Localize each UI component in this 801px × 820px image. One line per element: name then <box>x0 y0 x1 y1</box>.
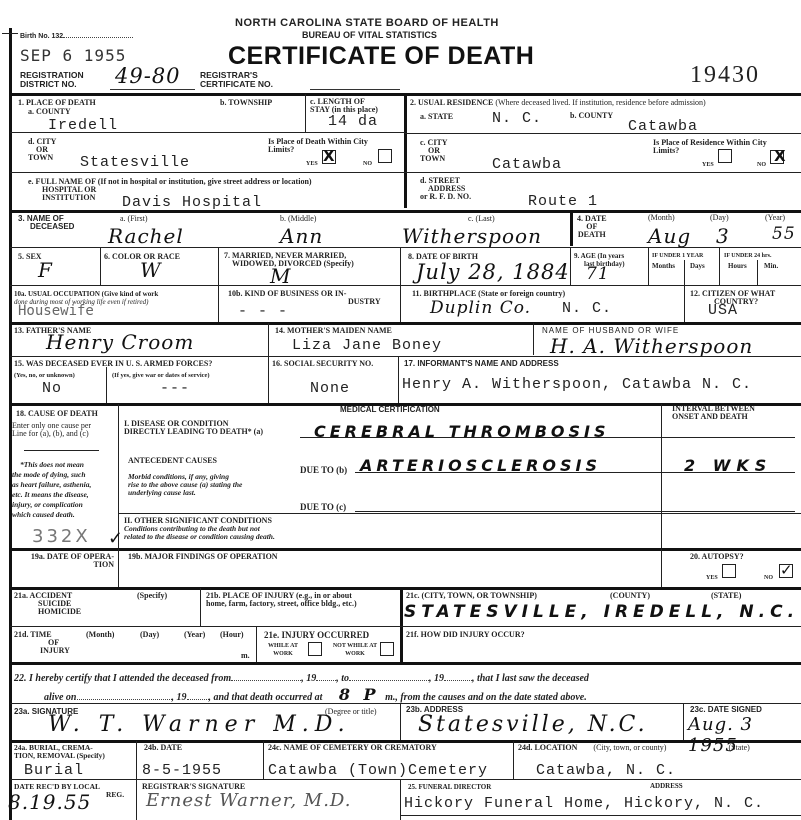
cause-a-rule <box>300 437 795 438</box>
registration-district-label: REGISTRATION DISTRICT NO. <box>20 71 115 89</box>
birthplace-hand-value: Duplin Co. <box>430 298 531 318</box>
city-label-line3: TOWN <box>28 154 56 162</box>
date-received-value: 8.19.55 <box>8 790 91 814</box>
rule-10a <box>10 626 801 627</box>
age-line1: 9. AGE (In years <box>574 252 625 260</box>
death-limits-label: Is Place of Death Within City Limits? <box>268 138 368 154</box>
time-m-label: m. <box>241 652 250 660</box>
mother-label: 14. MOTHER'S MAIDEN NAME <box>275 327 392 335</box>
injury-occurred-label: 21e. INJURY OCCURRED <box>264 631 369 639</box>
x-mark-icon: X <box>774 147 786 165</box>
death-limits-yes-checkbox[interactable]: X <box>322 150 336 164</box>
op-date-line2: TION <box>14 561 114 569</box>
county-label: a. COUNTY <box>28 108 71 116</box>
street-value: Route 1 <box>528 193 598 210</box>
rule-section3 <box>10 210 801 213</box>
usual-residence-note: (Where deceased lived. If institution, r… <box>495 98 705 107</box>
certify-line-1: 22. I hereby certify that I attended the… <box>14 673 589 685</box>
middle-name-label: b. (Middle) <box>280 215 316 223</box>
stay-label: c. LENGTH OF STAY (in this place) <box>310 98 378 114</box>
hours-label: Hours <box>728 262 747 270</box>
div-ssn-informant <box>398 357 399 403</box>
city-label: d. CITY OR TOWN <box>28 138 56 162</box>
cause-sidebar-rule <box>24 450 99 451</box>
rule-9 <box>10 587 801 590</box>
div-birthplace-citizen <box>684 286 685 322</box>
certificate-number: 19430 <box>690 62 760 89</box>
time-hour-label: (Hour) <box>220 631 244 639</box>
div-father-mother <box>268 323 269 403</box>
first-name-label: a. (First) <box>120 215 148 223</box>
cause-note-line1: *This does not mean <box>12 460 91 470</box>
div-cemetery-location <box>513 741 514 779</box>
street-label: d. STREET ADDRESS or R. F. D. NO. <box>420 177 471 201</box>
cause-a-value: CEREBRAL THROMBOSIS <box>314 422 610 441</box>
date-of-death-label: 4. DATE OF DEATH <box>577 215 607 239</box>
morbid-line3: underlying cause last. <box>128 489 242 497</box>
div-mother-spouse <box>533 323 534 355</box>
accident-line3: HOMICIDE <box>14 608 81 616</box>
cause-note-line4: etc. It means the disease, <box>12 490 91 500</box>
res-limits-yes-label: YES <box>702 161 714 169</box>
registrar-signature-value: Ernest Warner, M.D. <box>146 790 351 811</box>
autopsy-no-checkbox[interactable]: ✓ <box>779 564 793 578</box>
certify-text-b: , 19 <box>301 673 316 684</box>
rule-4 <box>10 285 801 286</box>
registrar-cert-underline <box>310 89 400 90</box>
certify-text-c: , to <box>336 673 349 684</box>
death-ampm-value: P <box>364 685 377 704</box>
div-address-date <box>683 704 684 740</box>
name-of-deceased-label: 3. NAME OF DECEASED <box>18 215 74 231</box>
certify-text-g: , 19 <box>172 692 187 703</box>
dod-month-value: Aug <box>648 224 691 248</box>
dod-year-value: 55 <box>772 224 796 244</box>
location-note: (City, town, or county) <box>593 743 666 752</box>
father-value: Henry Croom <box>46 330 194 354</box>
rule-3 <box>10 247 801 248</box>
rule-1a <box>10 132 405 133</box>
div-armed-service <box>106 367 107 403</box>
dod-month-label: (Month) <box>648 214 675 222</box>
birthplace-typed-value: N. C. <box>562 300 612 317</box>
div-injury-location <box>400 588 403 662</box>
burial-location-value: Catawba, N. C. <box>536 762 676 779</box>
race-value: W <box>140 258 162 282</box>
under-year-label: IF UNDER 1 YEAR <box>652 252 703 260</box>
death-hour-value: 8 <box>339 685 351 704</box>
burial-value: Burial <box>24 762 84 779</box>
op-date-label: 19a. DATE OF OPERA- TION <box>14 553 114 569</box>
citizen-value: USA <box>708 302 738 319</box>
township-label: b. TOWNSHIP <box>220 99 272 107</box>
autopsy-yes-checkbox[interactable] <box>722 564 736 578</box>
death-limits-no-checkbox[interactable] <box>378 149 392 163</box>
rule-11 <box>10 662 801 665</box>
not-while-work-checkbox[interactable] <box>380 642 394 656</box>
cause-note-line3: as heart failure, asthenia, <box>12 480 91 490</box>
div-registrar-funeral <box>400 780 401 820</box>
accident-label: 21a. ACCIDENT SUICIDE HOMICIDE <box>14 592 81 616</box>
cause-of-death-label: 18. CAUSE OF DEATH <box>16 410 98 418</box>
name-label-line2: DECEASED <box>18 223 74 231</box>
autopsy-label: 20. AUTOPSY? <box>690 553 744 561</box>
dod-year-label: (Year) <box>765 214 785 222</box>
location-state-label: (State) <box>728 743 749 752</box>
div-dob-age <box>570 248 571 285</box>
registrar-cert-label: REGISTRAR'S CERTIFICATE NO. <box>200 71 310 89</box>
res-limits-line2: Limits? <box>653 147 767 155</box>
cause-note-line2: the mode of dying, such <box>12 470 91 480</box>
certify-text-f: alive on <box>44 692 77 703</box>
under-24-label: IF UNDER 24 hrs. <box>724 252 771 260</box>
injury-location-value: STATESVILLE, IREDELL, N.C. <box>404 602 799 622</box>
bureau-heading: BUREAU OF VITAL STATISTICS <box>302 31 437 39</box>
time-day-label: (Day) <box>140 631 159 639</box>
death-limits-line2: Limits? <box>268 146 368 154</box>
div-age-months <box>648 248 649 285</box>
res-state-label: a. STATE <box>420 113 453 121</box>
op-findings-label: 19b. MAJOR FINDINGS OF OPERATION <box>128 553 278 561</box>
cause-code: 332X <box>32 526 91 547</box>
armed-service-value: --- <box>160 380 190 397</box>
occupation-value: Housewife <box>18 303 94 319</box>
stay-value: 14 da <box>328 113 378 130</box>
time-month-label: (Month) <box>86 631 114 639</box>
state-board-heading: NORTH CAROLINA STATE BOARD OF HEALTH <box>235 19 499 27</box>
certify-line-2: alive on, 19, and that death occurred at… <box>44 689 587 704</box>
months-label: Months <box>652 262 675 270</box>
burial-location-label: 24d. LOCATION (City, town, or county) (S… <box>518 744 750 752</box>
registration-district-value: 49-80 <box>115 64 181 88</box>
morbid-note: Morbid conditions, if any, giving rise t… <box>128 473 242 497</box>
res-state-value: N. C. <box>492 110 542 127</box>
div-marital-dob <box>400 248 401 285</box>
address-value: Statesville, N.C. <box>418 712 648 737</box>
certify-text-i: m., from the causes and on the date stat… <box>385 692 587 703</box>
armed-forces-label: 15. WAS DECEASED EVER IN U. S. ARMED FOR… <box>14 360 212 368</box>
time-line3: INJURY <box>14 647 70 655</box>
div-sig-address <box>400 704 401 740</box>
div-date-cemetery <box>263 741 264 779</box>
res-city-label: c. CITY OR TOWN <box>420 139 448 163</box>
due-to-c-label: DUE TO (c) <box>300 503 346 511</box>
check-mark-icon: ✓ <box>780 561 793 579</box>
div-accident-place <box>200 588 201 626</box>
res-limits-yes-checkbox[interactable] <box>718 149 732 163</box>
accident-specify-label: (Specify) <box>137 592 167 600</box>
funeral-director-label: 25. FUNERAL DIRECTOR <box>408 783 491 791</box>
location-title: 24d. LOCATION <box>518 743 577 752</box>
cause-instr-line2: Line for (a), (b), and (c) <box>12 430 91 438</box>
days-label: Days <box>690 262 705 270</box>
rule-14 <box>10 779 801 780</box>
dob-value: July 28, 1884 <box>416 260 570 284</box>
res-limits-no-checkbox[interactable]: X <box>770 150 784 164</box>
rule-bottom <box>400 815 801 816</box>
date-of-death-divider <box>570 211 573 246</box>
rule-other <box>118 513 801 514</box>
certify-text-e: , that I last saw the deceased <box>472 673 589 684</box>
other-conditions-label: II. OTHER SIGNIFICANT CONDITIONS Conditi… <box>124 517 275 541</box>
rule-1b <box>10 172 405 173</box>
time-year-label: (Year) <box>184 631 205 639</box>
street-line3: or R. F. D. NO. <box>420 193 471 201</box>
section-divider-1-2 <box>404 94 407 208</box>
due-to-b-label: DUE TO (b) <box>300 466 347 474</box>
cemetery-label: 24c. NAME OF CEMETERY OR CREMATORY <box>268 744 437 752</box>
rule-5 <box>10 322 801 325</box>
stay-divider <box>305 94 306 132</box>
cause-c-rule <box>355 511 795 512</box>
interval-line2: ONSET AND DEATH <box>672 413 755 421</box>
res-limits-label: Is Place of Residence Within City Limits… <box>653 139 767 155</box>
burial-date-value: 8-5-1955 <box>142 762 222 779</box>
cause-note-line6: which caused death. <box>12 510 91 520</box>
div-op-date <box>118 549 119 587</box>
res-county-label: b. COUNTY <box>570 112 613 120</box>
signature-value: W. T. Warner M.D. <box>48 712 351 737</box>
first-name-value: Rachel <box>108 224 184 248</box>
interval-b-value: 2 WKS <box>684 456 772 475</box>
armed-forces-sub1: (Yes, no, or unknown) <box>14 372 75 380</box>
div-months-days <box>684 260 685 285</box>
dod-day-label: (Day) <box>710 214 729 222</box>
birth-no-label: Birth No. 132 <box>20 33 133 41</box>
ssn-label: 16. SOCIAL SECURITY NO. <box>272 360 373 368</box>
while-work-checkbox[interactable] <box>308 642 322 656</box>
cause-note: *This does not mean the mode of dying, s… <box>12 460 91 520</box>
div-interval <box>661 404 662 549</box>
div-time-occurred <box>256 627 257 662</box>
last-name-label: c. (Last) <box>468 215 495 223</box>
div-autopsy <box>661 549 662 587</box>
place-injury-line2: home, farm, factory, street, office bldg… <box>206 600 357 608</box>
interval-label: INTERVAL BETWEEN ONSET AND DEATH <box>672 405 755 421</box>
business-value: - - - <box>238 303 288 320</box>
last-name-value: Witherspoon <box>402 224 542 248</box>
injury-county-label: (COUNTY) <box>610 592 650 600</box>
ssn-value: None <box>310 380 350 397</box>
usual-residence-title: 2. USUAL RESIDENCE <box>410 98 493 107</box>
rule-2b <box>405 172 801 173</box>
certify-text-h: , and that death occurred at <box>209 692 323 703</box>
age-value: 71 <box>586 264 610 284</box>
date-signed-label: 23c. DATE SIGNED <box>690 706 762 714</box>
sex-value: F <box>38 258 53 282</box>
burial-line2: TION, REMOVAL (Specify) <box>14 752 105 760</box>
res-city-value: Catawba <box>492 156 562 173</box>
div-business-birthplace <box>400 286 401 322</box>
burial-date-label: 24b. DATE <box>144 744 182 752</box>
page-title: CERTIFICATE OF DEATH <box>228 42 534 71</box>
hospital-value: Davis Hospital <box>122 194 262 211</box>
death-limits-no-label: NO <box>363 160 372 168</box>
rule-8 <box>10 548 801 551</box>
disease-label: I. DISEASE OR CONDITION DIRECTLY LEADING… <box>124 420 263 436</box>
cause-note-line5: injury, or complication <box>12 500 91 510</box>
cemetery-value: Catawba (Town)Cemetery <box>268 762 488 779</box>
place-of-injury-label: 21b. PLACE OF INJURY (e.g., in or about … <box>206 592 357 608</box>
time-of-injury-label: 21d. TIME OF INJURY <box>14 631 70 655</box>
res-city-line3: TOWN <box>420 155 448 163</box>
time-line1: 21d. TIME <box>14 631 70 639</box>
min-label: Min. <box>764 262 778 270</box>
corner-mark <box>2 33 18 34</box>
place-of-death-label: 1. PLACE OF DEATH <box>18 99 96 107</box>
informant-value: Henry A. Witherspoon, Catawba N. C. <box>402 376 752 393</box>
middle-name-value: Ann <box>280 224 323 248</box>
check-mark-icon: ✓ <box>108 528 123 549</box>
death-limits-yes-label: YES <box>306 160 318 168</box>
armed-forces-sub2: (If yes, give war or dates of service) <box>112 372 210 380</box>
div-sex-race <box>100 248 101 285</box>
while-work-label: WHILE AT WORK <box>262 642 304 658</box>
autopsy-no-label: NO <box>764 574 773 582</box>
burial-label: 24a. BURIAL, CREMA- TION, REMOVAL (Speci… <box>14 744 105 760</box>
received-stamp: SEP 6 1955 <box>20 46 126 65</box>
rule-2a <box>405 133 801 134</box>
injury-state-label: (STATE) <box>711 592 741 600</box>
antecedent-label: ANTECEDENT CAUSES <box>128 457 217 465</box>
death-city-value: Statesville <box>80 154 190 171</box>
div-days-hours <box>719 248 720 285</box>
funeral-address-label: ADDRESS <box>650 782 683 790</box>
x-mark-icon: X <box>323 147 335 165</box>
medical-cert-header: MEDICAL CERTIFICATION <box>340 406 440 414</box>
not-while-work-label: NOT WHILE AT WORK <box>332 642 378 658</box>
occupation-line1: 10a. USUAL OCCUPATION (Give kind of work <box>14 290 158 298</box>
rule-6 <box>10 356 801 357</box>
dod-day-value: 3 <box>716 224 730 248</box>
birthplace-label: 11. BIRTHPLACE (State or foreign country… <box>412 290 565 298</box>
disease-line2: DIRECTLY LEADING TO DEATH* (a) <box>124 428 263 436</box>
certify-text-d: , 19 <box>429 673 444 684</box>
other-line3: related to the disease or condition caus… <box>124 533 275 541</box>
usual-residence-label: 2. USUAL RESIDENCE (Where deceased lived… <box>410 99 706 107</box>
district-underline <box>110 89 195 90</box>
armed-forces-value: No <box>42 380 62 397</box>
dod-label-line3: DEATH <box>577 231 607 239</box>
certify-text-a: 22. I hereby certify that I attended the… <box>14 673 231 684</box>
mother-value: Liza Jane Boney <box>292 337 442 354</box>
injury-city-label: 21c. (CITY, TOWN, OR TOWNSHIP) <box>406 592 537 600</box>
informant-label: 17. INFORMANT'S NAME AND ADDRESS <box>404 360 559 368</box>
spouse-value: H. A. Witherspoon <box>550 334 753 358</box>
div-burial-date <box>136 741 137 820</box>
how-injury-label: 21f. HOW DID INJURY OCCUR? <box>406 631 525 639</box>
autopsy-yes-label: YES <box>706 574 718 582</box>
res-limits-no-label: NO <box>757 161 766 169</box>
funeral-director-value: Hickory Funeral Home, Hickory, N. C. <box>404 795 764 812</box>
cause-instructions: Enter only one cause per Line for (a), (… <box>12 422 91 438</box>
div-hours-min <box>757 260 758 285</box>
